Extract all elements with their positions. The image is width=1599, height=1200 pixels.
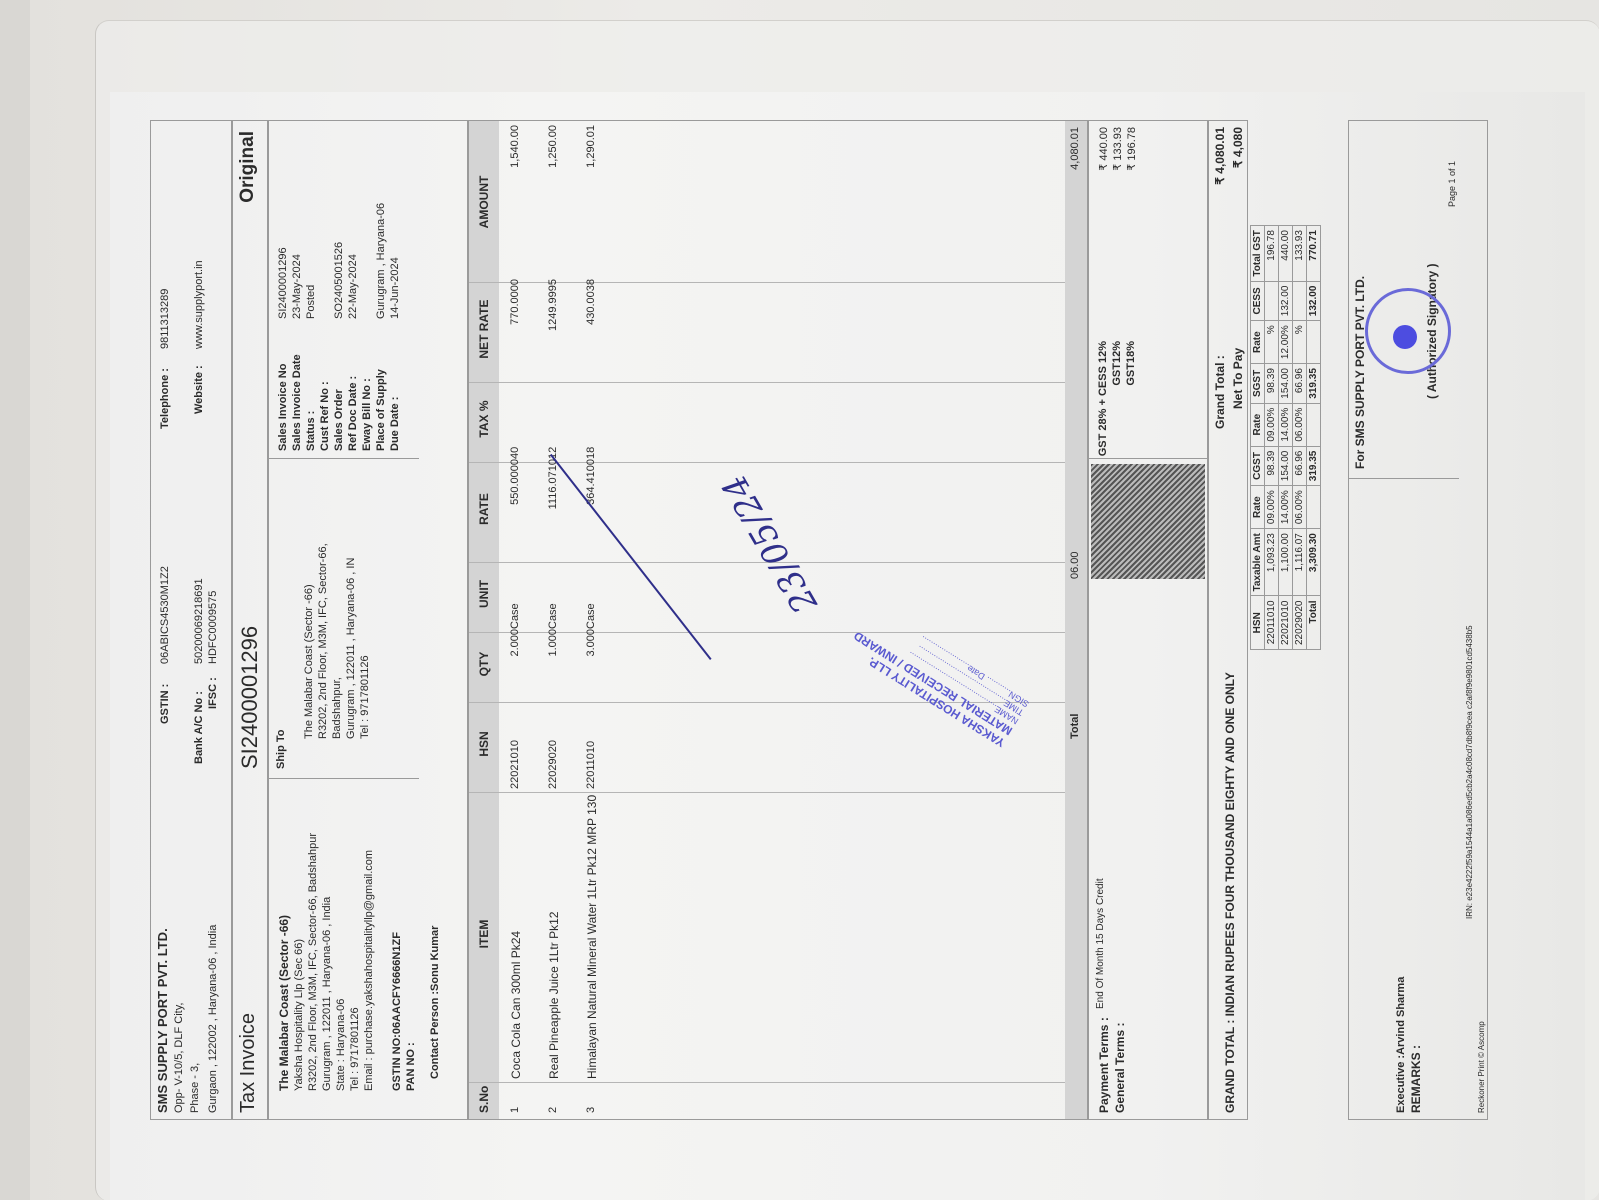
gst-cell: % — [1265, 321, 1279, 364]
party-details: The Malabar Coast (Sector -66) Yaksha Ho… — [268, 120, 468, 1120]
item-cell: 1249.9995 — [547, 279, 559, 379]
item-cell: 22029020 — [547, 699, 559, 789]
gst-cell: 1,100.00 — [1279, 529, 1293, 596]
payment-terms-value: End Of Month 15 Days Credit — [1095, 878, 1106, 1009]
copy-label: Original — [237, 131, 259, 203]
gst-cell: 154.00 — [1279, 364, 1293, 404]
item-cell: Case — [585, 559, 597, 629]
gstin-value: 06ABICS4530M1Z2 — [159, 566, 171, 664]
doc-title: Tax Invoice — [237, 1013, 260, 1113]
gst-total-cell: Total — [1307, 596, 1321, 650]
meta-value: 23-May-2024 — [291, 254, 303, 319]
gst-total-cell — [1307, 321, 1321, 364]
gst-column-header: CESS — [1251, 281, 1265, 321]
ship-to-line: The Malabar Coast (Sector -66) — [303, 584, 315, 739]
item-cell: 18 — [585, 379, 597, 459]
seller-address-1: Opp- V-10/5, DLF City, — [173, 1003, 185, 1113]
website-value: www.supplyport.in — [193, 260, 205, 349]
page-number: Page 1 of 1 — [1447, 161, 1457, 207]
meta-label: Ref Doc Date : — [347, 376, 359, 451]
seller-header: SMS SUPPLY PORT PVT. LTD. Opp- V-10/5, D… — [150, 120, 232, 1120]
net-to-pay-value: ₹ 4,080 — [1231, 127, 1245, 168]
tax-invoice-document: SMS SUPPLY PORT PVT. LTD. Opp- V-10/5, D… — [150, 120, 1490, 1120]
gst-cell: 440.00 — [1279, 226, 1293, 281]
item-cell: 2.000 — [509, 629, 521, 699]
grand-total-row: GRAND TOTAL : INDIAN RUPEES FOUR THOUSAN… — [1208, 120, 1248, 1120]
tax-summary-value: ₹ 440.00 — [1097, 127, 1110, 171]
bank-ac-value: 50200069218691 — [193, 578, 205, 664]
column-header: ITEM — [477, 789, 491, 1079]
gst-total-cell — [1307, 486, 1321, 529]
gst-cell: 196.78 — [1265, 226, 1279, 281]
meta-value: SO2405001526 — [333, 242, 345, 319]
item-cell: 22011010 — [585, 699, 597, 789]
column-header: HSN — [477, 699, 491, 789]
item-cell: 1,540.00 — [509, 125, 521, 279]
gst-cell: 22011010 — [1265, 596, 1279, 650]
item-cell: Case — [547, 559, 559, 629]
item-cell: 12 — [547, 379, 559, 459]
column-header: S.No — [477, 1083, 491, 1113]
net-to-pay-label: Net To Pay — [1231, 348, 1245, 409]
website-label: Website : — [193, 365, 205, 414]
item-cell: 22021010 — [509, 699, 521, 789]
meta-value: 14-Jun-2024 — [389, 257, 401, 319]
general-terms-label: General Terms : — [1113, 1023, 1127, 1113]
gst-cell: 154.00 — [1279, 446, 1293, 486]
column-header: AMOUNT — [477, 125, 491, 279]
irn: IRN: e23e4222f59a1544a1a086ed5cb2a4c08cd… — [1465, 625, 1474, 919]
gst-breakup: HSNTaxable AmtRateCGSTRateSGSTRateCESSTo… — [1250, 225, 1321, 650]
column-header: TAX % — [477, 379, 491, 459]
item-cell: Himalayan Natural Mineral Water 1Ltr Pk1… — [585, 789, 599, 1079]
gstin-label: GSTIN : — [159, 684, 171, 724]
total-amount: 4,080.01 — [1069, 127, 1081, 170]
footer: Executive :Arvind Sharma REMARKS : For S… — [1348, 120, 1488, 1120]
meta-value: SI2400001296 — [277, 247, 289, 319]
gst-cell: 133.93 — [1293, 226, 1307, 281]
seller-name: SMS SUPPLY PORT PVT. LTD. — [155, 928, 170, 1113]
column-header: NET RATE — [477, 279, 491, 379]
bill-to-pan: PAN NO : — [405, 1042, 417, 1091]
bill-to-line: R3202, 2nd Floor, M3M, IFC, Sector-66, B… — [307, 833, 319, 1091]
gst-total-cell: 3,309.30 — [1307, 529, 1321, 596]
gst-cell — [1265, 281, 1279, 321]
ship-to-line: Badshahpur, — [331, 677, 343, 739]
gst-cell: 1,116.07 — [1293, 529, 1307, 596]
gst-row: 220290201,116.0706.00%66.9606.00%66.96%1… — [1293, 226, 1307, 650]
item-cell: 430.0038 — [585, 279, 597, 379]
meta-value: Posted — [305, 285, 317, 319]
gst-cell: 1,093.23 — [1265, 529, 1279, 596]
gst-cell: 14.00% — [1279, 403, 1293, 446]
bill-to-line: Email : purchase.yakshahospitalityllp@gm… — [363, 850, 375, 1091]
gst-cell: 09.00% — [1265, 486, 1279, 529]
contact-person: Contact Person :Sonu Kumar — [429, 926, 441, 1079]
gst-cell — [1293, 281, 1307, 321]
total-qty: 06.00 — [1069, 551, 1081, 579]
meta-label: Place of Supply — [375, 369, 387, 451]
gst-column-header: CGST — [1251, 446, 1265, 486]
bank-ac-label: Bank A/C No : — [193, 691, 205, 764]
gst-total-cell: 319.35 — [1307, 446, 1321, 486]
bill-to-line: Tel : 9717801126 — [349, 1007, 361, 1091]
grand-total-label: Grand Total : — [1213, 355, 1227, 429]
gst-cell: 66.96 — [1293, 364, 1307, 404]
tax-summary-value: ₹ 133.93 — [1111, 127, 1124, 171]
gst-cell: 06.00% — [1293, 486, 1307, 529]
item-cell: 770.0000 — [509, 279, 521, 379]
ship-to-line: Tel : 9717801126 — [359, 655, 371, 739]
invoice-number-big: SI2400001296 — [237, 626, 263, 769]
gst-cell: 06.00% — [1293, 403, 1307, 446]
bill-to-line: State : Haryana-06 — [335, 999, 347, 1091]
gst-total-cell — [1307, 403, 1321, 446]
for-company: For SMS SUPPLY PORT PVT. LTD. — [1353, 276, 1367, 469]
gst-column-header: Rate — [1251, 321, 1265, 364]
ship-to-label: Ship To — [275, 729, 287, 769]
ship-to-line: Gurugram , 122011 , Haryana-06 , IN — [345, 558, 357, 739]
tax-summary-label: GST12% — [1111, 341, 1123, 386]
amount-in-words: GRAND TOTAL : INDIAN RUPEES FOUR THOUSAN… — [1223, 672, 1237, 1113]
telephone-value: 9811313289 — [159, 289, 171, 349]
item-cell: 1.000 — [547, 629, 559, 699]
item-cell: 2 — [547, 1083, 559, 1113]
total-label: Total — [1069, 714, 1081, 739]
item-cell: 3.000 — [585, 629, 597, 699]
meta-label: Cust Ref No : — [319, 381, 331, 451]
bill-to-line: Gurugram , 122011 , Haryana-06 , India — [321, 897, 333, 1091]
item-cell: 550.0000 — [509, 459, 521, 559]
grand-total-value: ₹ 4,080.01 — [1213, 127, 1227, 185]
qr-code — [1091, 464, 1205, 579]
gst-cell: 98.39 — [1265, 446, 1279, 486]
gst-cell: 12.00% — [1279, 321, 1293, 364]
column-header: UNIT — [477, 559, 491, 629]
meta-label: Sales Order — [333, 389, 345, 451]
gst-column-header: HSN — [1251, 596, 1265, 650]
meta-value: 22-May-2024 — [347, 254, 359, 319]
meta-label: Sales Invoice No — [277, 364, 289, 451]
item-cell: 40 — [509, 379, 521, 459]
seller-address-2: Phase - 3, — [189, 1063, 201, 1113]
gst-column-header: Taxable Amt — [1251, 529, 1265, 596]
meta-label: Due Date : — [389, 397, 401, 451]
item-cell: 1,250.00 — [547, 125, 559, 279]
ship-to-line: R3202, 2nd Floor, M3M, IFC, Sector-66, — [317, 543, 329, 739]
gst-row: 220110101,093.2309.00%98.3909.00%98.39%1… — [1265, 226, 1279, 650]
items-table: S.NoITEMHSNQTYUNITRATETAX %NET RATEAMOUN… — [468, 120, 1088, 1120]
title-row: Tax Invoice SI2400001296 Original — [232, 120, 268, 1120]
seller-address-3: Gurgaon , 122002 , Haryana-06 , India — [207, 925, 219, 1113]
bill-to-gstin: GSTIN NO:06AACFY6666N1ZF — [391, 932, 403, 1091]
gst-cell: 66.96 — [1293, 446, 1307, 486]
item-cell: 1116.0710 — [547, 459, 559, 559]
gst-cell: % — [1293, 321, 1307, 364]
gst-column-header: Total GST — [1251, 226, 1265, 281]
gst-total-cell: 770.71 — [1307, 226, 1321, 281]
gst-cell: 09.00% — [1265, 403, 1279, 446]
tax-summary-label: GST18% — [1125, 341, 1137, 386]
bill-to-line: Yaksha Hospitality Llp (Sec 66) — [293, 939, 305, 1091]
items-total-row: Total 06.00 4,080.01 — [1065, 121, 1087, 1119]
gst-column-header: SGST — [1251, 364, 1265, 404]
column-header: QTY — [477, 629, 491, 699]
gst-cell: 98.39 — [1265, 364, 1279, 404]
printed-by: Reckoner Print © Ascomp — [1477, 1021, 1486, 1113]
meta-label: Eway Bill No : — [361, 378, 373, 451]
item-cell: 1,290.01 — [585, 125, 597, 279]
gst-total-cell: 319.35 — [1307, 364, 1321, 404]
bill-to-name: The Malabar Coast (Sector -66) — [277, 915, 291, 1091]
gst-column-header: Rate — [1251, 403, 1265, 446]
ifsc-value: HDFC0009575 — [207, 591, 219, 664]
executive: Executive :Arvind Sharma — [1395, 977, 1407, 1113]
payment-terms-label: Payment Terms : — [1097, 1017, 1111, 1113]
item-cell: 1 — [509, 1083, 521, 1113]
item-cell: Real Pineapple Juice 1Ltr Pk12 — [547, 789, 561, 1079]
gst-cell: 14.00% — [1279, 486, 1293, 529]
tax-summary-label: GST 28% + CESS 12% — [1097, 341, 1109, 456]
column-header: RATE — [477, 459, 491, 559]
meta-label: Status : — [305, 411, 317, 451]
item-cell: Coca Cola Can 300ml Pk24 — [509, 789, 523, 1079]
gst-cell: 22021010 — [1279, 596, 1293, 650]
item-cell: Case — [509, 559, 521, 629]
remarks-label: REMARKS : — [1409, 1045, 1423, 1113]
meta-value: Gurugram , Haryana-06 — [375, 203, 387, 319]
tax-summary-value: ₹ 196.78 — [1125, 127, 1138, 171]
terms-section: Payment Terms : End Of Month 15 Days Cre… — [1088, 120, 1208, 1120]
gst-column-header: Rate — [1251, 486, 1265, 529]
telephone-label: Telephone : — [159, 368, 171, 429]
meta-label: Sales Invoice Date — [291, 354, 303, 451]
item-cell: 3 — [585, 1083, 597, 1113]
gst-total-cell: 132.00 — [1307, 281, 1321, 321]
seal-ink — [1393, 325, 1417, 349]
gst-cell: 22029020 — [1293, 596, 1307, 650]
gst-row: 220210101,100.0014.00%154.0014.00%154.00… — [1279, 226, 1293, 650]
ifsc-label: IFSC : — [207, 677, 219, 709]
gst-cell: 132.00 — [1279, 281, 1293, 321]
